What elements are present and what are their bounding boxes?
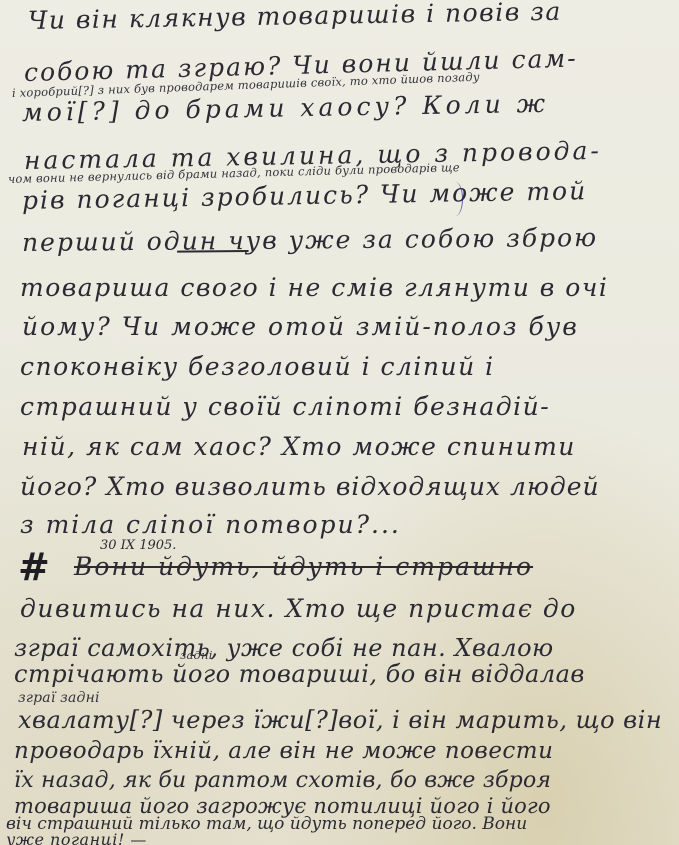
text-line-8: йому? Чи може отой змій-полоз був bbox=[22, 312, 579, 341]
text-line-20: їх назад, як би раптом схотів, бо вже зб… bbox=[14, 768, 551, 793]
text-line-16: зграї самохіть, уже собі не пан. Хвалою bbox=[14, 634, 554, 662]
text-line-19: проводарь їхній, але він не може повести bbox=[14, 738, 553, 764]
text-line-6: один перший один чув уже за собою зброю bbox=[22, 223, 598, 257]
text-line-12: його? Хто визволить відходящих людей bbox=[20, 472, 600, 501]
text-line-13: з тіла сліпої потвори?... bbox=[20, 510, 401, 539]
text-line-11: ній, як сам хаос? Хто може спинити bbox=[22, 432, 576, 461]
text-line-10: страшний у своїй сліпоті безнадій- bbox=[20, 392, 550, 421]
text-line-18: хвалату[?] через їжи[?]вої, і він марить… bbox=[18, 706, 662, 734]
text-line-1: Чи він клякнув товаришів і повів за bbox=[28, 0, 562, 35]
interlinear-insertion-4: зграї задні bbox=[18, 690, 100, 706]
text-line-7: товариша свого і не смів глянути в очі bbox=[20, 273, 608, 302]
section-mark: # bbox=[18, 544, 50, 589]
text-line-17: стрічають його товариші, бо він віддалав bbox=[14, 660, 585, 688]
manuscript-page: Чи він клякнув товаришів і повів за собо… bbox=[0, 0, 679, 845]
text-line-15: дивитись на них. Хто ще пристає до bbox=[20, 594, 577, 623]
underlined-word-odyn: один bbox=[177, 226, 249, 256]
text-line-23: уже поганці! — bbox=[6, 830, 147, 845]
struck-line-1: Вони йдуть, йдуть і страшно bbox=[74, 552, 533, 581]
text-line-9: споконвіку безголовий і сліпий і bbox=[20, 352, 495, 381]
date-note: 30 IX 1905. bbox=[100, 538, 176, 553]
line-6-text: перший один чув уже за собою зброю bbox=[22, 223, 598, 257]
